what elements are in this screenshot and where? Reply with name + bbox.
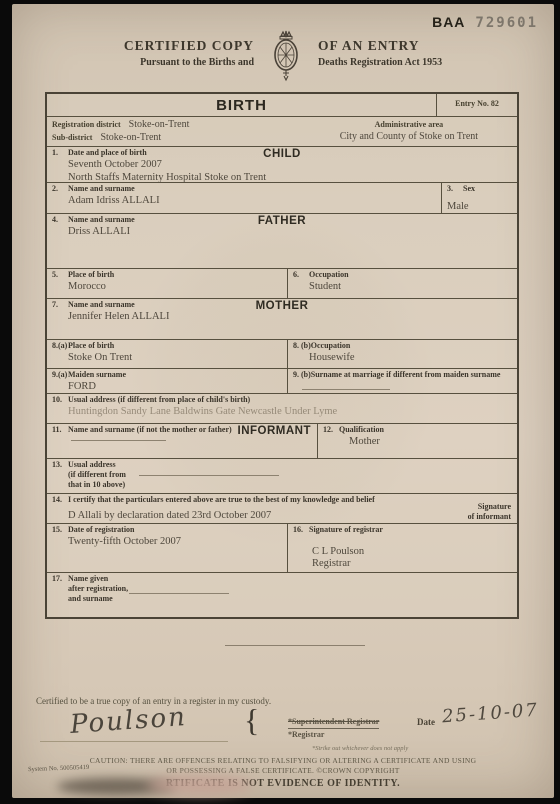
- field-11-cell: INFORMANT 11.Name and surname (if not th…: [47, 424, 317, 458]
- brace-mark: {: [244, 702, 259, 739]
- field-10-value: Huntingdon Sandy Lane Baldwins Gate Newc…: [68, 406, 512, 418]
- field-5-num: 5.: [52, 270, 68, 280]
- field-4-row: FATHER 4.Name and surname Driss ALLALI: [47, 213, 517, 268]
- field-10-num: 10.: [52, 395, 68, 405]
- field-3-cell: 3.Sex Male: [441, 183, 517, 213]
- table-title-row: BIRTH Entry No. 82: [47, 94, 517, 116]
- certificate-paper: BAA729601 CERTIFIED COPY Pursuant to the…: [12, 4, 554, 798]
- field-14-value: D Allali by declaration dated 23rd Octob…: [68, 510, 512, 522]
- field-7-cell: MOTHER 7.Name and surname Jennifer Helen…: [47, 299, 517, 339]
- field-6-value: Student: [309, 281, 512, 293]
- field-8b-value: Housewife: [309, 352, 512, 364]
- field-13-cell: 13.Usual address (if different from that…: [47, 459, 517, 493]
- field-14-num: 14.: [52, 495, 68, 505]
- royal-arms-icon: [266, 30, 306, 86]
- district-cell: Registration districtStoke-on-Trent Sub-…: [47, 117, 301, 146]
- section-informant: INFORMANT: [238, 425, 312, 437]
- field-12-cell: 12.Qualification Mother: [317, 424, 517, 458]
- field-2-cell: 2.Name and surname Adam Idriss ALLALI: [47, 183, 441, 213]
- field-2-num: 2.: [52, 184, 68, 194]
- admin-area-value: City and County of Stoke on Trent: [306, 131, 512, 142]
- sub-district-value: Stoke-on-Trent: [100, 132, 161, 143]
- field-9a-cell: 9.(a)Maiden surname FORD: [47, 369, 287, 393]
- field-10-cell: 10.Usual address (if different from plac…: [47, 394, 517, 423]
- field-16-value-line2: Registrar: [312, 558, 364, 570]
- field-5-value: Morocco: [68, 281, 282, 293]
- field-16-label: Signature of registrar: [309, 525, 383, 534]
- admin-area-cell: Administrative area City and County of S…: [301, 117, 517, 146]
- field-8-row: 8.(a)Place of birth Stoke On Trent 8. (b…: [47, 339, 517, 368]
- registrar-option: *Registrar: [288, 729, 379, 741]
- field-1-label: Date and place of birth: [68, 148, 147, 157]
- field-9b-num: 9. (b): [293, 370, 311, 380]
- field-8b-cell: 8. (b)Occupation Housewife: [287, 340, 517, 368]
- caution-line-1: CAUTION: THERE ARE OFFENCES RELATING TO …: [12, 756, 554, 765]
- header-subtitle-left: Pursuant to the Births and: [124, 57, 254, 68]
- field-11-12-row: INFORMANT 11.Name and surname (if not th…: [47, 423, 517, 458]
- field-14-row: 14.I certify that the particulars entere…: [47, 493, 517, 523]
- registrar-signature-block: C L Poulson Registrar: [312, 546, 364, 570]
- field-7-row: MOTHER 7.Name and surname Jennifer Helen…: [47, 298, 517, 339]
- signature-of-informant-line2: of informant: [468, 512, 511, 522]
- field-9-row: 9.(a)Maiden surname FORD 9. (b)Surname a…: [47, 368, 517, 393]
- field-8a-value: Stoke On Trent: [68, 352, 282, 364]
- field-6-cell: 6.Occupation Student: [287, 269, 517, 298]
- header-right: OF AN ENTRY Deaths Registration Act 1953: [318, 30, 442, 68]
- field-4-cell: FATHER 4.Name and surname Driss ALLALI: [47, 214, 517, 268]
- header-left: CERTIFIED COPY Pursuant to the Births an…: [124, 30, 254, 68]
- registration-district-row: Registration districtStoke-on-Trent Sub-…: [47, 116, 517, 146]
- admin-area-label: Administrative area: [306, 118, 512, 131]
- sub-district-label: Sub-district: [52, 133, 92, 142]
- entry-number: Entry No. 82: [436, 94, 517, 116]
- field-15-cell: 15.Date of registration Twenty-fifth Oct…: [47, 524, 287, 572]
- field-15-value: Twenty-fifth October 2007: [68, 536, 282, 548]
- registrar-role-options: *Superintendent Registrar *Registrar: [288, 716, 379, 741]
- field-1-value-line2: North Staffs Maternity Hospital Stoke on…: [68, 172, 512, 182]
- header-title-right: OF AN ENTRY: [318, 38, 442, 54]
- field-3-value: Male: [447, 201, 469, 212]
- field-1-value-line1: Seventh October 2007: [68, 159, 512, 171]
- field-17-label-line1: Name given: [68, 574, 108, 583]
- field-4-label: Name and surname: [68, 215, 135, 224]
- field-12-label: Qualification: [339, 425, 384, 434]
- signature-of-informant-label: Signature of informant: [468, 502, 511, 522]
- field-6-label: Occupation: [309, 270, 349, 279]
- field-1-num: 1.: [52, 148, 68, 158]
- certificate-header: CERTIFIED COPY Pursuant to the Births an…: [12, 30, 554, 86]
- field-3-label: Sex: [463, 184, 475, 193]
- field-5-cell: 5.Place of birth Morocco: [47, 269, 287, 298]
- field-2-3-row: 2.Name and surname Adam Idriss ALLALI 3.…: [47, 182, 517, 213]
- field-10-row: 10.Usual address (if different from plac…: [47, 393, 517, 423]
- serial-digits: 729601: [475, 15, 538, 31]
- certifier-signature-line: [40, 741, 228, 742]
- field-11-blank-line: [71, 440, 166, 441]
- section-father: FATHER: [258, 215, 306, 227]
- caution-line-2: OR POSSESSING A FALSE CERTIFICATE. ©CROW…: [12, 766, 554, 775]
- header-subtitle-right: Deaths Registration Act 1953: [318, 57, 442, 68]
- field-15-num: 15.: [52, 525, 68, 535]
- field-16-cell: 16.Signature of registrar C L Poulson Re…: [287, 524, 517, 572]
- strike-out-note: *Strike out whichever does not apply: [312, 745, 408, 752]
- field-12-num: 12.: [323, 425, 339, 435]
- field-8b-label: Occupation: [311, 341, 351, 350]
- field-15-16-row: 15.Date of registration Twenty-fifth Oct…: [47, 523, 517, 572]
- field-7-value: Jennifer Helen ALLALI: [68, 311, 512, 323]
- field-10-label: Usual address (if different from place o…: [68, 395, 250, 404]
- field-17-row: 17.Name given after registration, and su…: [47, 572, 517, 617]
- section-child: CHILD: [263, 148, 301, 160]
- date-label: Date: [417, 717, 435, 727]
- field-7-num: 7.: [52, 300, 68, 310]
- field-17-blank-line: [129, 593, 229, 594]
- field-3-num: 3.: [447, 184, 463, 194]
- field-2-label: Name and surname: [68, 184, 135, 193]
- field-13-blank-line: [139, 475, 279, 476]
- superintendent-registrar-option: *Superintendent Registrar: [288, 716, 379, 729]
- field-4-value: Driss ALLALI: [68, 226, 512, 238]
- field-16-value-line1: C L Poulson: [312, 546, 364, 558]
- field-14-label: I certify that the particulars entered a…: [68, 495, 375, 504]
- field-9b-blank-line: [302, 389, 390, 390]
- field-8b-num: 8. (b): [293, 341, 311, 351]
- field-9a-label: Maiden surname: [68, 370, 126, 379]
- field-9a-num: 9.(a): [52, 370, 68, 380]
- field-9b-cell: 9. (b)Surname at marriage if different f…: [287, 369, 517, 393]
- reg-district-label: Registration district: [52, 120, 121, 129]
- form-title: BIRTH: [47, 94, 436, 116]
- field-7-label: Name and surname: [68, 300, 135, 309]
- reg-district-value: Stoke-on-Trent: [129, 119, 190, 130]
- field-13-label-line1: Usual address: [68, 460, 116, 469]
- field-6-num: 6.: [293, 270, 309, 280]
- handwritten-date: 25-10-07: [441, 700, 539, 728]
- field-13-row: 13.Usual address (if different from that…: [47, 458, 517, 493]
- certifier-handwritten-signature: Poulson: [69, 702, 188, 740]
- field-9a-value: FORD: [68, 381, 282, 393]
- field-17-cell: 17.Name given after registration, and su…: [47, 573, 517, 617]
- section-mother: MOTHER: [256, 300, 309, 312]
- field-11-num: 11.: [52, 425, 68, 435]
- field-11-label: Name and surname (if not the mother or f…: [68, 425, 232, 434]
- birth-entry-table: BIRTH Entry No. 82 Registration district…: [45, 92, 519, 619]
- field-17-label-line3: and surname: [68, 594, 512, 604]
- field-2-value: Adam Idriss ALLALI: [68, 195, 436, 207]
- header-title-left: CERTIFIED COPY: [124, 38, 254, 54]
- field-8a-cell: 8.(a)Place of birth Stoke On Trent: [47, 340, 287, 368]
- field-13-label-line3: that in 10 above): [68, 480, 512, 490]
- field-12-value: Mother: [349, 436, 512, 448]
- identity-warning: RTIFICATE IS NOT EVIDENCE OF IDENTITY.: [12, 778, 554, 789]
- field-14-cell: 14.I certify that the particulars entere…: [47, 494, 517, 523]
- field-17-num: 17.: [52, 574, 68, 584]
- field-13-num: 13.: [52, 460, 68, 470]
- field-16-num: 16.: [293, 525, 309, 535]
- field-8a-num: 8.(a): [52, 341, 68, 351]
- field-5-6-row: 5.Place of birth Morocco 6.Occupation St…: [47, 268, 517, 298]
- field-5-label: Place of birth: [68, 270, 114, 279]
- field-13-label-line2: (if different from: [68, 470, 512, 480]
- signature-of-informant-line1: Signature: [468, 502, 511, 512]
- serial-prefix: BAA: [432, 14, 465, 30]
- field-1-row: CHILD 1.Date and place of birth Seventh …: [47, 146, 517, 182]
- field-8a-label: Place of birth: [68, 341, 114, 350]
- field-9b-label: Surname at marriage if different from ma…: [311, 370, 501, 379]
- separator-rule: [225, 645, 365, 646]
- field-15-label: Date of registration: [68, 525, 135, 534]
- field-4-num: 4.: [52, 215, 68, 225]
- field-1-cell: CHILD 1.Date and place of birth Seventh …: [47, 147, 517, 182]
